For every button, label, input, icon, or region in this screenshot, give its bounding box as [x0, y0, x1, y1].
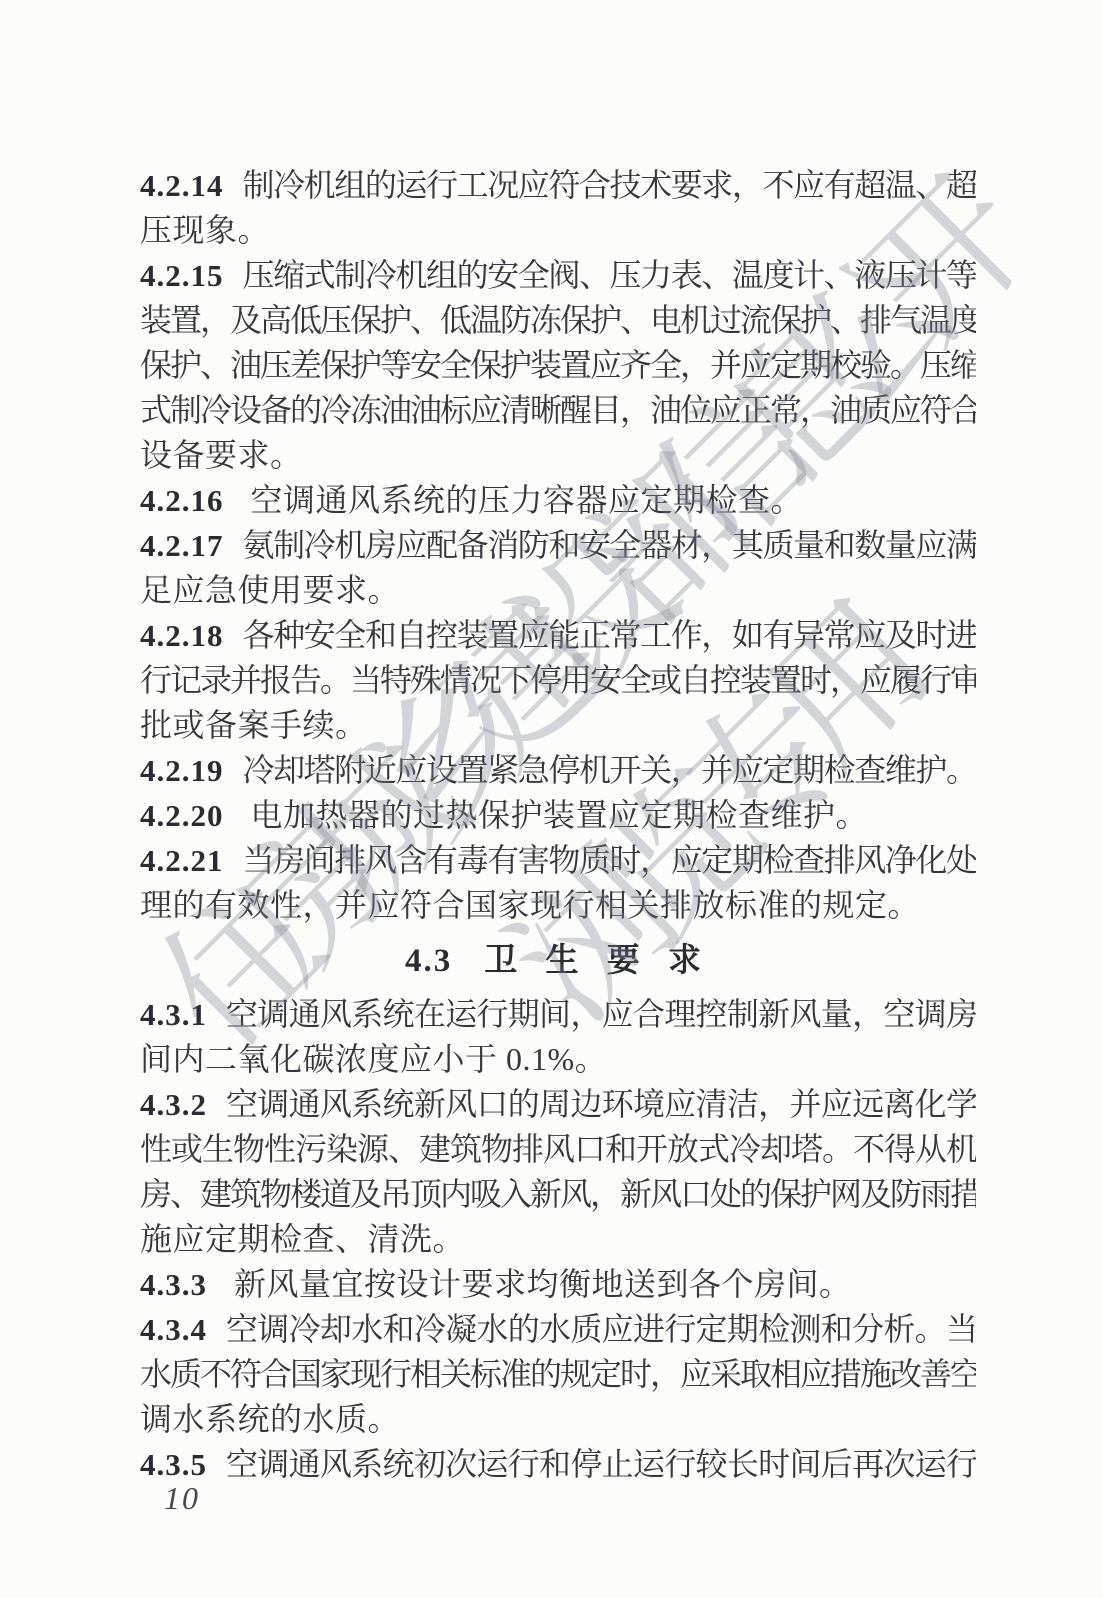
text-line: 式制冷设备的冷冻油油标应清晰醒目，油位应正常，油质应符合	[140, 388, 976, 433]
clause-text: 各种安全和自控装置应能正常工作，如有异常应及时进	[243, 613, 977, 658]
text-line: 4.2.19 冷却塔附近应设置紧急停机开关，并应定期检查维护。	[140, 748, 976, 793]
text-line: 设备要求。	[140, 433, 976, 478]
clause-text: 性或生物性污染源、建筑物排风口和开放式冷却塔。不得从机	[140, 1127, 976, 1172]
clause-text: 空调通风系统初次运行和停止运行较长时间后再次运行	[226, 1442, 976, 1487]
text-line: 批或备案手续。	[140, 703, 976, 748]
text-line: 压现象。	[140, 208, 976, 253]
clause-text: 空调通风系统新风口的周边环境应清洁，并应远离化学	[226, 1082, 976, 1127]
clause-text: 空调冷却水和冷凝水的水质应进行定期检测和分析。当	[226, 1307, 976, 1352]
clause-text: 足应急使用要求。	[140, 572, 400, 608]
clause-number: 4.2.21	[140, 838, 224, 883]
text-line: 足应急使用要求。	[140, 568, 976, 613]
clause-text: 电加热器的过热保护装置应定期检查维护。	[251, 797, 869, 833]
text-line: 4.2.20 电加热器的过热保护装置应定期检查维护。	[140, 793, 976, 838]
clause-text: 新风量宜按设计要求均衡地送到各个房间。	[234, 1266, 852, 1302]
text-line: 间内二氧化碳浓度应小于 0.1%。	[140, 1037, 976, 1082]
text-line: 4.2.21 当房间排风含有毒有害物质时，应定期检查排风净化处	[140, 838, 976, 883]
document-page: 4.2.14 制冷机组的运行工况应符合技术要求，不应有超温、超 压现象。 4.2…	[0, 0, 1103, 1598]
clause-text: 式制冷设备的冷冻油油标应清晰醒目，油位应正常，油质应符合	[140, 388, 976, 433]
clause-text: 行记录并报告。当特殊情况下停用安全或自控装置时，应履行审	[140, 658, 976, 703]
text-line: 4.3.2 空调通风系统新风口的周边环境应清洁，并应远离化学	[140, 1082, 976, 1127]
clause-text: 制冷机组的运行工况应符合技术要求，不应有超温、超	[243, 163, 977, 208]
clause-text: 冷却塔附近应设置紧急停机开关，并应定期检查维护。	[243, 748, 977, 793]
text-line: 装置，及高低压保护、低温防冻保护、电机过流保护、排气温度	[140, 298, 976, 343]
clause-text: 空调通风系统在运行期间，应合理控制新风量，空调房	[226, 992, 976, 1037]
text-line: 房、建筑物楼道及吊顶内吸入新风，新风口处的保护网及防雨措	[140, 1172, 976, 1217]
clause-number: 4.3.2	[140, 1082, 207, 1127]
text-line: 4.3.5 空调通风系统初次运行和停止运行较长时间后再次运行	[140, 1442, 976, 1487]
clause-number: 4.3.3	[140, 1267, 207, 1302]
clause-number: 4.2.19	[140, 748, 224, 793]
text-line: 4.2.14 制冷机组的运行工况应符合技术要求，不应有超温、超	[140, 163, 976, 208]
clause-text: 理的有效性，并应符合国家现行相关排放标准的规定。	[140, 887, 920, 923]
clause-number: 4.3.1	[140, 992, 207, 1037]
clause-number: 4.3.4	[140, 1307, 207, 1352]
clause-text: 保护、油压差保护等安全保护装置应齐全，并应定期校验。压缩	[140, 343, 976, 388]
clause-text: 批或备案手续。	[140, 707, 368, 743]
text-line: 4.2.18 各种安全和自控装置应能正常工作，如有异常应及时进	[140, 613, 976, 658]
text-line: 4.2.16 空调通风系统的压力容器应定期检查。	[140, 478, 976, 523]
text-line: 4.3.3 新风量宜按设计要求均衡地送到各个房间。	[140, 1262, 976, 1307]
clause-text: 施应定期检查、清洗。	[140, 1221, 465, 1257]
clause-text: 当房间排风含有毒有害物质时，应定期检查排风净化处	[243, 838, 977, 883]
clause-text: 间内二氧化碳浓度应小于 0.1%。	[140, 1041, 607, 1077]
clause-number: 4.2.15	[140, 253, 224, 298]
clause-number: 4.3	[405, 943, 452, 979]
page-number: 10	[164, 1480, 200, 1517]
text-line: 理的有效性，并应符合国家现行相关排放标准的规定。	[140, 883, 976, 928]
text-line: 性或生物性污染源、建筑物排风口和开放式冷却塔。不得从机	[140, 1127, 976, 1172]
text-line: 4.3.4 空调冷却水和冷凝水的水质应进行定期检测和分析。当	[140, 1307, 976, 1352]
clause-text: 空调通风系统的压力容器应定期检查。	[251, 482, 804, 518]
text-line: 4.2.17 氨制冷机房应配备消防和安全器材，其质量和数量应满	[140, 523, 976, 568]
text-line: 4.2.15 压缩式制冷机组的安全阀、压力表、温度计、液压计等	[140, 253, 976, 298]
section-heading: 4.3 卫 生 要 求	[140, 928, 976, 992]
text-line: 行记录并报告。当特殊情况下停用安全或自控装置时，应履行审	[140, 658, 976, 703]
text-line: 调水系统的水质。	[140, 1397, 976, 1442]
clause-text: 调水系统的水质。	[140, 1401, 400, 1437]
text-line: 4.3.1 空调通风系统在运行期间，应合理控制新风量，空调房	[140, 992, 976, 1037]
clause-text: 房、建筑物楼道及吊顶内吸入新风，新风口处的保护网及防雨措	[140, 1172, 976, 1217]
clause-list: 4.2.14 制冷机组的运行工况应符合技术要求，不应有超温、超 压现象。 4.2…	[140, 163, 976, 1487]
clause-text: 压现象。	[140, 212, 270, 248]
clause-number: 4.2.18	[140, 613, 224, 658]
clause-text: 装置，及高低压保护、低温防冻保护、电机过流保护、排气温度	[140, 298, 976, 343]
text-line: 水质不符合国家现行相关标准的规定时，应采取相应措施改善空	[140, 1352, 976, 1397]
clause-text: 氨制冷机房应配备消防和安全器材，其质量和数量应满	[243, 523, 977, 568]
clause-number: 4.2.14	[140, 163, 224, 208]
clause-text: 设备要求。	[140, 437, 303, 473]
text-line: 保护、油压差保护等安全保护装置应齐全，并应定期校验。压缩	[140, 343, 976, 388]
clause-text: 压缩式制冷机组的安全阀、压力表、温度计、液压计等	[243, 253, 977, 298]
clause-number: 4.2.17	[140, 523, 224, 568]
text-line: 施应定期检查、清洗。	[140, 1217, 976, 1262]
section-heading-title: 卫 生 要 求	[484, 943, 711, 979]
clause-number: 4.2.20	[140, 798, 224, 833]
clause-number: 4.2.16	[140, 483, 224, 518]
clause-text: 水质不符合国家现行相关标准的规定时，应采取相应措施改善空	[140, 1352, 976, 1397]
